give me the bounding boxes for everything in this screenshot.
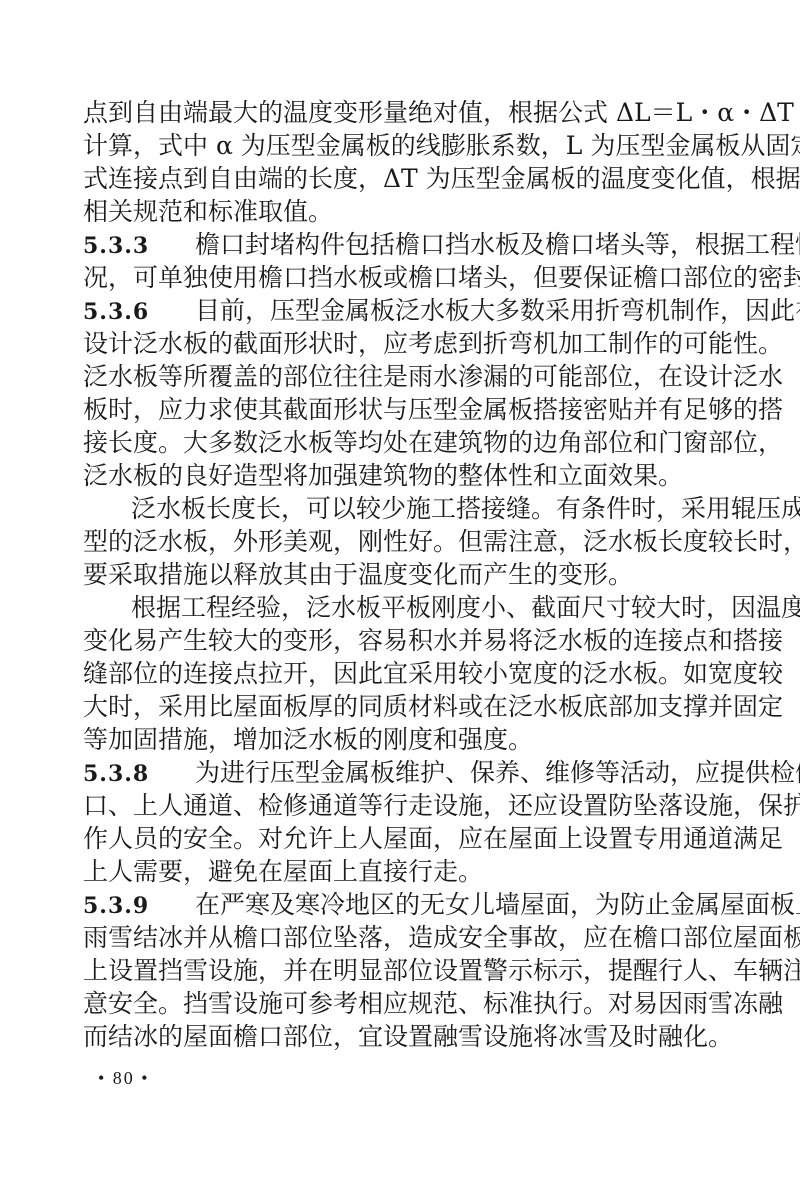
text-line: 型的泛水板，外形美观，刚性好。但需注意，泛水板长度较长时，需 [83, 525, 723, 558]
text-line: 接长度。大多数泛水板等均处在建筑物的边角部位和门窗部位， [83, 426, 723, 459]
text-line-content: 目前，压型金属板泛水板大多数采用折弯机制作，因此在 [195, 296, 800, 325]
text-line: 设计泛水板的截面形状时，应考虑到折弯机加工制作的可能性。 [83, 327, 723, 360]
text-line: 大时，采用比屋面板厚的同质材料或在泛水板底部加支撑并固定 [83, 690, 723, 723]
text-line: 根据工程经验，泛水板平板刚度小、截面尺寸较大时，因温度 [83, 591, 723, 624]
text-line: 泛水板等所覆盖的部位往往是雨水渗漏的可能部位，在设计泛水 [83, 360, 723, 393]
text-line: 5.3.3檐口封堵构件包括檐口挡水板及檐口堵头等，根据工程情 [83, 228, 723, 261]
text-line-content: 檐口封堵构件包括檐口挡水板及檐口堵头等，根据工程情 [195, 230, 800, 259]
text-line: 况，可单独使用檐口挡水板或檐口堵头，但要保证檐口部位的密封。 [83, 261, 723, 294]
text-line: 要采取措施以释放其由于温度变化而产生的变形。 [83, 558, 723, 591]
paragraph-flashing-length: 泛水板长度长，可以较少施工搭接缝。有条件时，采用辊压成 型的泛水板，外形美观，刚… [83, 492, 723, 591]
document-page: 点到自由端最大的温度变形量绝对值，根据公式 ΔL＝L・α・ΔT 计算，式中 α … [83, 96, 723, 1053]
clause-5-3-8: 5.3.8为进行压型金属板维护、保养、维修等活动，应提供检修 口、上人通道、检修… [83, 756, 723, 888]
text-line: 点到自由端最大的温度变形量绝对值，根据公式 ΔL＝L・α・ΔT [83, 96, 723, 129]
paragraph-continued: 点到自由端最大的温度变形量绝对值，根据公式 ΔL＝L・α・ΔT 计算，式中 α … [83, 96, 723, 228]
section-number: 5.3.8 [83, 758, 195, 791]
clause-5-3-3: 5.3.3檐口封堵构件包括檐口挡水板及檐口堵头等，根据工程情 况，可单独使用檐口… [83, 228, 723, 294]
text-line: 变化易产生较大的变形，容易积水并易将泛水板的连接点和搭接 [83, 624, 723, 657]
text-line: 5.3.8为进行压型金属板维护、保养、维修等活动，应提供检修 [83, 756, 723, 789]
text-line: 缝部位的连接点拉开，因此宜采用较小宽度的泛水板。如宽度较 [83, 657, 723, 690]
text-line: 等加固措施，增加泛水板的刚度和强度。 [83, 723, 723, 756]
text-line: 上人需要，避免在屋面上直接行走。 [83, 855, 723, 888]
text-line-content: 为进行压型金属板维护、保养、维修等活动，应提供检修 [195, 758, 800, 787]
section-number: 5.3.3 [83, 230, 195, 263]
text-line: 而结冰的屋面檐口部位，宜设置融雪设施将冰雪及时融化。 [83, 1020, 723, 1053]
text-line: 雨雪结冰并从檐口部位坠落，造成安全事故，应在檐口部位屋面板 [83, 921, 723, 954]
paragraph-engineering-experience: 根据工程经验，泛水板平板刚度小、截面尺寸较大时，因温度 变化易产生较大的变形，容… [83, 591, 723, 756]
text-line: 上设置挡雪设施，并在明显部位设置警示标示，提醒行人、车辆注 [83, 954, 723, 987]
text-line: 计算，式中 α 为压型金属板的线膨胀系数，L 为压型金属板从固定 [83, 129, 723, 162]
text-line: 口、上人通道、检修通道等行走设施，还应设置防坠落设施，保护工 [83, 789, 723, 822]
text-line: 相关规范和标准取值。 [83, 195, 723, 228]
clause-5-3-9: 5.3.9在严寒及寒冷地区的无女儿墙屋面，为防止金属屋面板上 雨雪结冰并从檐口部… [83, 888, 723, 1053]
text-line-content: 在严寒及寒冷地区的无女儿墙屋面，为防止金属屋面板上 [195, 890, 800, 919]
clause-5-3-6: 5.3.6目前，压型金属板泛水板大多数采用折弯机制作，因此在 设计泛水板的截面形… [83, 294, 723, 492]
text-line: 意安全。挡雪设施可参考相应规范、标准执行。对易因雨雪冻融 [83, 987, 723, 1020]
text-line: 泛水板的良好造型将加强建筑物的整体性和立面效果。 [83, 459, 723, 492]
section-number: 5.3.6 [83, 296, 195, 329]
text-line: 泛水板长度长，可以较少施工搭接缝。有条件时，采用辊压成 [83, 492, 723, 525]
section-number: 5.3.9 [83, 890, 195, 923]
text-line: 作人员的安全。对允许上人屋面，应在屋面上设置专用通道满足 [83, 822, 723, 855]
text-line: 式连接点到自由端的长度，ΔT 为压型金属板的温度变化值，根据 [83, 162, 723, 195]
page-number: • 80 • [98, 1068, 150, 1089]
text-line: 5.3.9在严寒及寒冷地区的无女儿墙屋面，为防止金属屋面板上 [83, 888, 723, 921]
text-line: 5.3.6目前，压型金属板泛水板大多数采用折弯机制作，因此在 [83, 294, 723, 327]
text-line: 板时，应力求使其截面形状与压型金属板搭接密贴并有足够的搭 [83, 393, 723, 426]
